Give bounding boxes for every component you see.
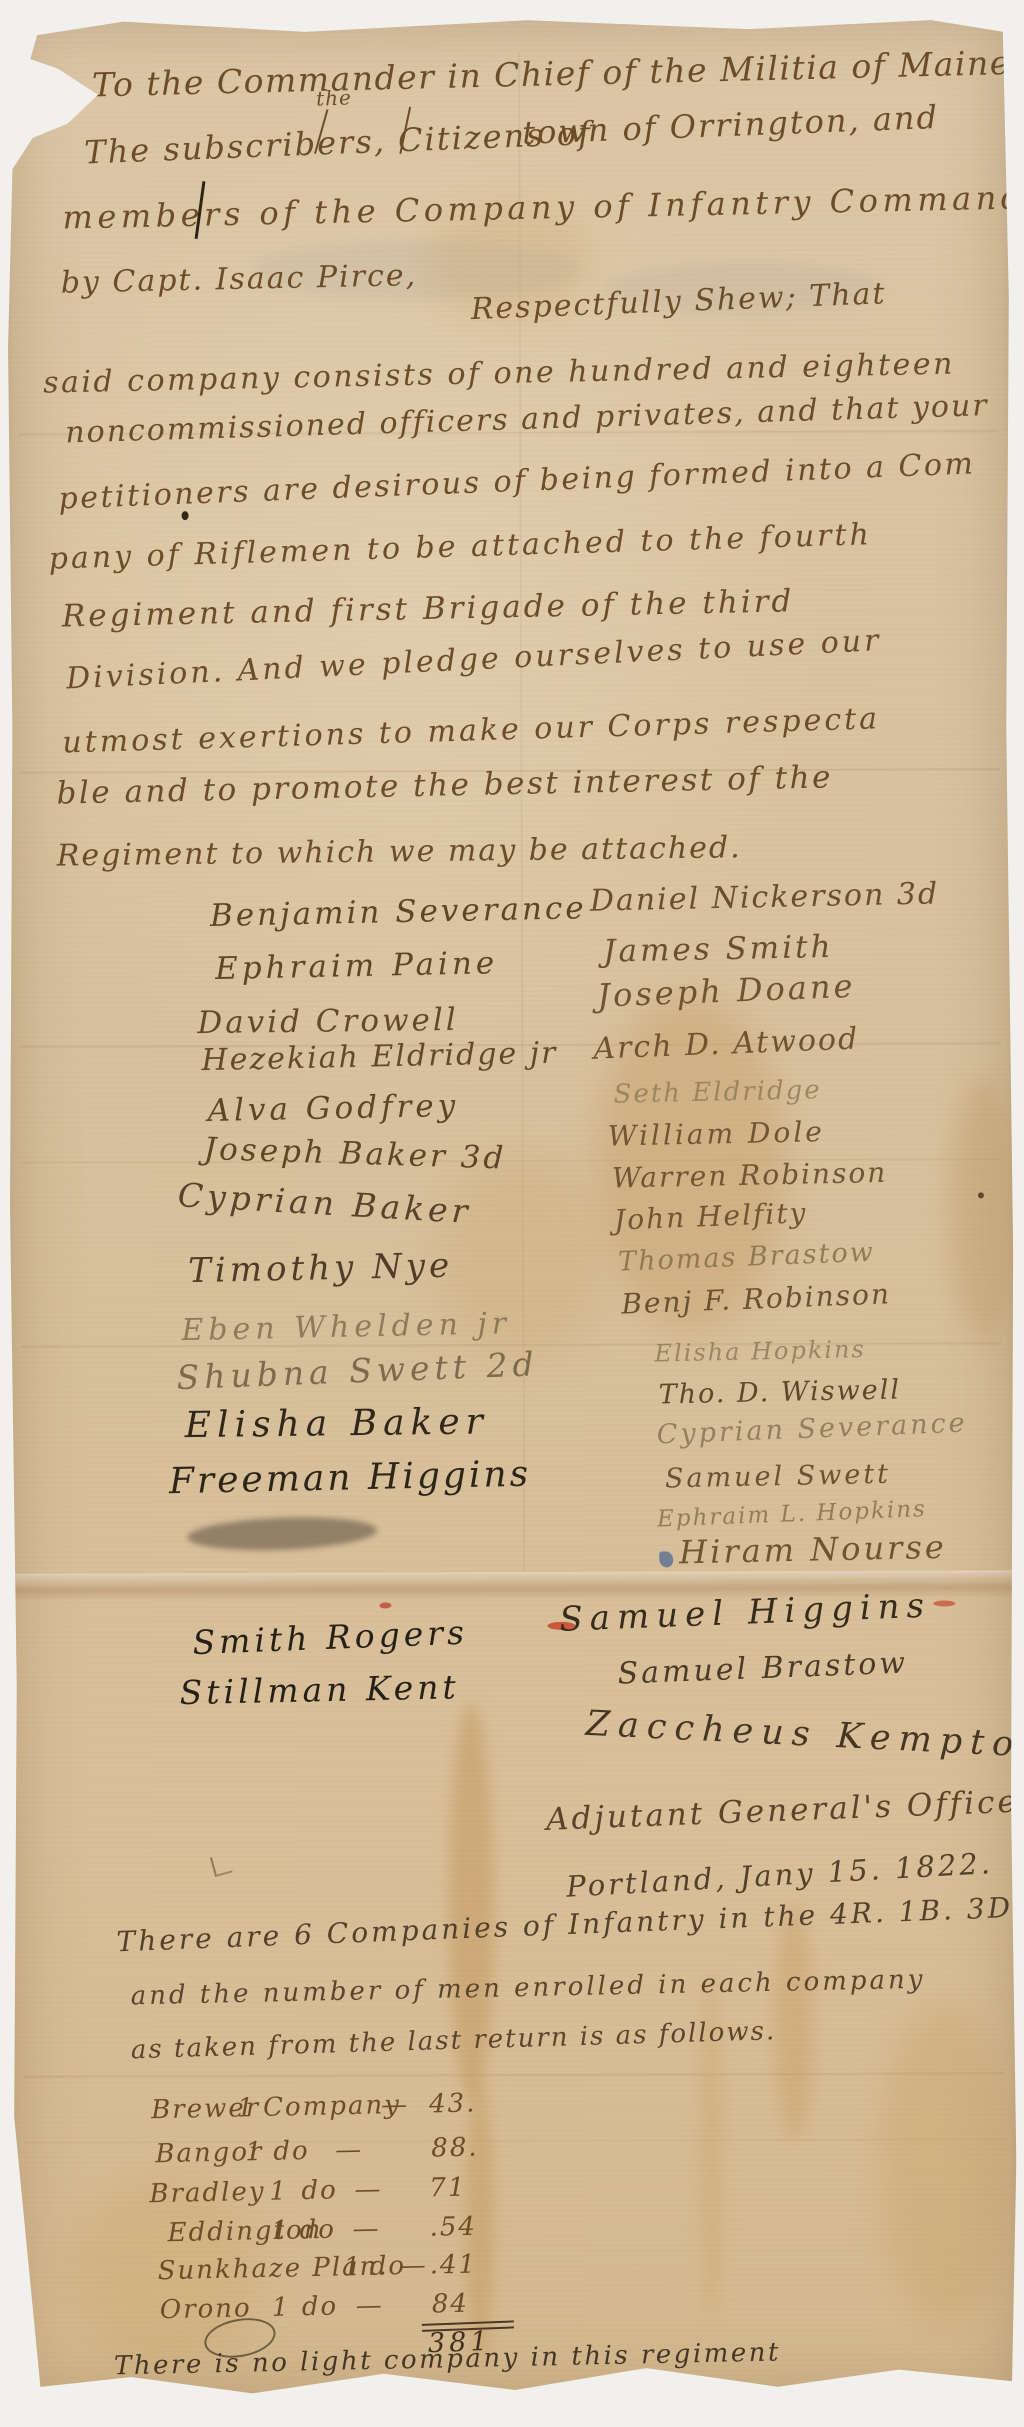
signature: John Helfity xyxy=(613,1196,808,1236)
table-cell-qty: 1 xyxy=(237,2093,256,2123)
table-cell-town: Bangor xyxy=(155,2137,264,2169)
signature: Ephraim Paine xyxy=(215,945,499,987)
ink-showthrough xyxy=(253,240,583,301)
table-cell-dash: — xyxy=(335,2135,364,2166)
caret-mark xyxy=(399,107,411,154)
signature: Benj F. Robinson xyxy=(621,1277,892,1320)
adjutant-line: as taken from the last return is as foll… xyxy=(130,2016,776,2065)
signature-column-right: Daniel Nickerson 3d James Smith Joseph D… xyxy=(2,10,1012,14)
signature: Arch D. Atwood xyxy=(593,1022,860,1067)
water-stain xyxy=(879,2000,1010,2330)
signature: Tho. D. Wiswell xyxy=(658,1374,901,1410)
petition-body-line: ble and to promote the best interest of … xyxy=(56,759,833,811)
table-row: Eddington 1 do — .54 xyxy=(167,2211,528,2249)
petition-body-line: petitioners are desirous of being formed… xyxy=(58,446,976,516)
signature: Elisha Baker xyxy=(185,1401,490,1446)
signature: Hezekiah Eldridge jr xyxy=(201,1036,558,1078)
signature: Thomas Brastow xyxy=(618,1237,876,1278)
table-cell-unit: do xyxy=(302,2292,339,2323)
water-stain xyxy=(595,996,786,1332)
table-cell-unit: do xyxy=(299,2215,336,2246)
petition-line: members of the Company of Infantry Comma… xyxy=(62,177,1024,236)
caret-mark xyxy=(314,109,328,154)
signature: Elisha Hopkins xyxy=(654,1335,866,1367)
fold-crease xyxy=(18,430,998,436)
signature: Smith Rogers xyxy=(192,1613,469,1663)
table-cell-qty: 1 xyxy=(271,2216,290,2246)
petition-body-line: utmost exertions to make our Corps respe… xyxy=(62,701,881,760)
signature: James Smith xyxy=(603,929,834,970)
ink-flourish xyxy=(201,2313,279,2363)
stain-drip xyxy=(773,1901,814,2141)
signature: Warren Robinson xyxy=(612,1156,888,1195)
signature: Joseph Doane xyxy=(597,967,857,1015)
table-cell-men: 84 xyxy=(431,2289,469,2320)
signature: Benjamin Severance xyxy=(210,890,587,934)
adjutant-office-line: Adjutant General's Office xyxy=(545,1784,1019,1838)
table-cell-town: Sunkhaze Plan. xyxy=(157,2251,389,2286)
table-cell-qty: 1 xyxy=(343,2252,362,2282)
table-cell-dash: — xyxy=(354,2174,383,2205)
table-cell-dash: — xyxy=(355,2291,384,2322)
petition-body-line: pany of Riflemen to be attached to the f… xyxy=(48,517,872,576)
signature: Samuel Brastow xyxy=(617,1645,909,1691)
petition-text: To the Commander in Chief of the Militia… xyxy=(2,10,1012,14)
table-cell-unit: Company xyxy=(263,2090,401,2123)
petition-line: Respectfully Shew; That xyxy=(470,276,887,327)
fold-crease xyxy=(21,1042,1001,1048)
signature: Shubna Swett 2d xyxy=(176,1344,539,1397)
signature: Eben Whelden jr xyxy=(181,1306,511,1348)
table-cell-town: Brewer xyxy=(151,2093,261,2125)
red-wax-speck xyxy=(933,1600,955,1606)
signature: Stillman Kent xyxy=(179,1667,460,1712)
ink-stroke xyxy=(195,181,206,239)
petition-body-line: Regiment and first Brigade of the third xyxy=(62,583,795,634)
table-row: Bangor 1 do — 88. xyxy=(155,2132,516,2170)
table-cell-unit: do xyxy=(273,2136,310,2167)
signature: Samuel Swett xyxy=(665,1459,892,1495)
table-cell-town: Eddington xyxy=(167,2215,322,2248)
pinhole-dot xyxy=(978,1192,984,1198)
red-wax-speck xyxy=(379,1602,391,1608)
petition-body-line: Regiment to which we may be attached. xyxy=(57,830,742,873)
fold-crease xyxy=(21,1158,1001,1164)
signature: Zaccheus Kempton xyxy=(585,1704,1024,1767)
signature: Timothy Nye xyxy=(188,1246,454,1292)
pencil-marks xyxy=(210,1853,233,1877)
aged-paper-sheet: To the Commander in Chief of the Militia… xyxy=(2,10,1020,2404)
fold-crease xyxy=(20,768,1000,774)
table-cell-dash: — xyxy=(381,2090,410,2121)
water-stain xyxy=(422,202,592,323)
stain-drip xyxy=(448,1702,495,2102)
red-wax-speck xyxy=(547,1622,575,1630)
fold-crease xyxy=(22,1342,1002,1348)
table-row: Orono 1 do — 84 xyxy=(160,2288,521,2326)
signature: Alva Godfrey xyxy=(207,1088,459,1129)
signature: Freeman Higgins xyxy=(169,1454,532,1503)
fold-crease xyxy=(24,2072,1004,2078)
signature: Hiram Nourse xyxy=(679,1528,947,1572)
table-cell-men: .54 xyxy=(429,2212,477,2243)
petition-line: by Capt. Isaac Pirce, xyxy=(60,258,417,300)
table-cell-men: 43. xyxy=(429,2088,477,2119)
adjutant-note: Adjutant General's Office Portland, Jany… xyxy=(2,10,1012,14)
signature: Cyprian Severance xyxy=(656,1408,968,1451)
fold-crease-strong xyxy=(7,1570,1017,1602)
table-cell-unit: do xyxy=(369,2251,406,2282)
stain-drip xyxy=(699,1966,724,2326)
adjutant-place-date: Portland, Jany 15. 1822. xyxy=(565,1846,993,1904)
signature: Daniel Nickerson 3d xyxy=(590,876,940,918)
signature: David Crowell xyxy=(197,1002,459,1041)
signature: Cyprian Baker xyxy=(177,1175,473,1231)
total-rule xyxy=(422,2320,514,2332)
signature: Seth Eldridge xyxy=(613,1075,822,1109)
stain-drip xyxy=(464,2082,495,2362)
petition-line: town of Orrington, and xyxy=(522,98,940,152)
signature: Joseph Baker 3d xyxy=(203,1131,507,1176)
table-cell-town: Bradley xyxy=(149,2177,266,2209)
table-cell-men: 71 xyxy=(429,2173,467,2204)
table-cell-qty: 1 xyxy=(245,2137,264,2167)
signature-column-left: Benjamin Severance Ephraim Paine David C… xyxy=(2,10,1012,14)
petition-salutation: To the Commander in Chief of the Militia… xyxy=(92,43,1024,105)
table-cell-unit: do xyxy=(301,2175,338,2206)
adjutant-line: and the number of men enrolled in each c… xyxy=(130,1965,925,2012)
table-cell-dash: — xyxy=(399,2251,428,2282)
table-row: Sunkhaze Plan. 1 do — .41 xyxy=(157,2249,518,2287)
adjutant-line: There are 6 Companies of Infantry in the… xyxy=(116,1891,1014,1958)
signature: William Dole xyxy=(607,1115,825,1153)
table-row: Brewer 1 Company — 43. xyxy=(151,2088,512,2126)
scanned-document-page: { "petition": { "salutation": "To the Co… xyxy=(0,0,1024,2427)
fold-crease xyxy=(24,2138,1004,2144)
petition-body-line: Division. And we pledge ourselves to use… xyxy=(65,623,882,696)
table-cell-dash: — xyxy=(352,2214,381,2245)
inserted-word: the xyxy=(316,85,353,110)
table-cell-men: .41 xyxy=(429,2250,477,2281)
ink-showthrough xyxy=(603,263,883,314)
smudged-signature xyxy=(187,1514,378,1553)
petition-body-line: said company consists of one hundred and… xyxy=(43,347,956,401)
table-row: Bradley 1 do — 71 xyxy=(149,2172,510,2210)
water-stain xyxy=(950,1080,1021,1340)
ink-dot xyxy=(182,511,189,520)
petition-body-line: noncommissioned officers and privates, a… xyxy=(65,388,989,450)
table-cell-qty: 1 xyxy=(272,2293,291,2323)
table-cell-men: 88. xyxy=(431,2132,479,2163)
vertical-crease xyxy=(518,52,525,1572)
signature: Ephraim L. Hopkins xyxy=(657,1496,928,1532)
petition-line: The subscribers, Citizens of xyxy=(84,114,593,171)
blue-ink-mark xyxy=(659,1551,673,1567)
company-return-table: Brewer 1 Company — 43. Bangor 1 do — 88.… xyxy=(2,10,1012,14)
table-cell-qty: 1 xyxy=(269,2176,288,2206)
